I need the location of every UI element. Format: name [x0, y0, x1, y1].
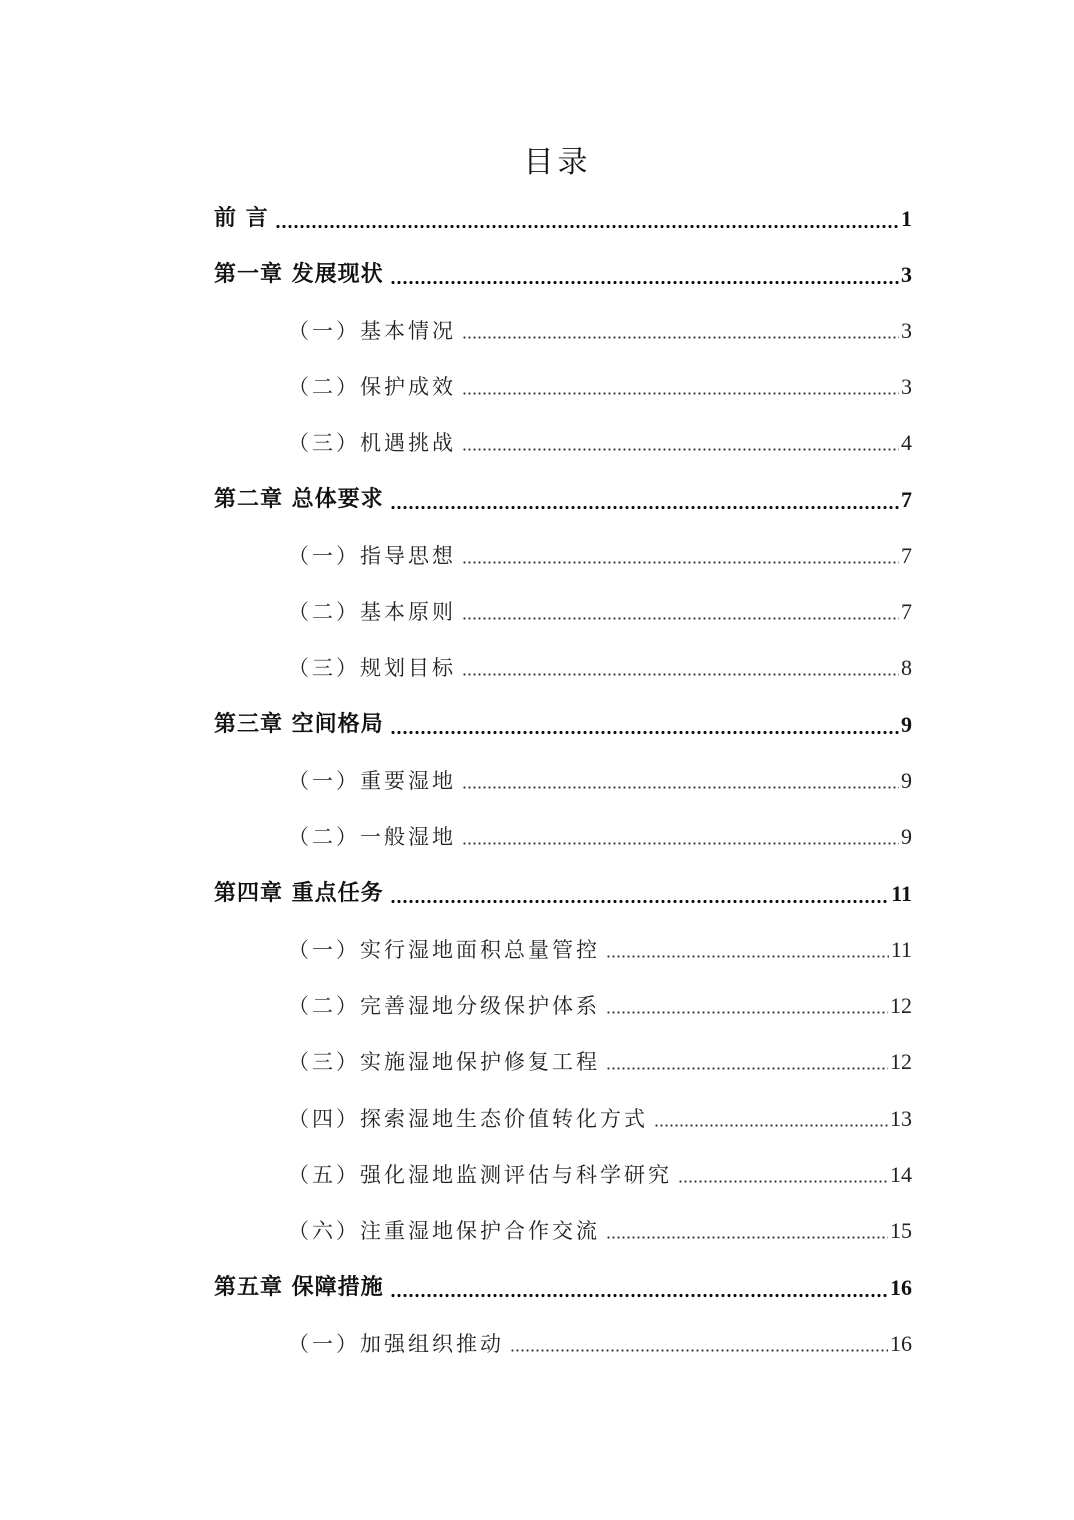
toc-entry-section-1-3[interactable]: （三）机遇挑战 4: [288, 420, 912, 458]
toc-entry-page: 16: [890, 1273, 912, 1303]
toc-entry-section-4-1[interactable]: （一）实行湿地面积总量管控 11: [288, 927, 912, 965]
dot-leader: [510, 1329, 888, 1359]
dot-leader: [462, 541, 899, 571]
toc-entry-page: 9: [901, 822, 912, 852]
dot-leader: [462, 766, 899, 796]
dot-leader: [462, 316, 899, 346]
toc-entry-page: 3: [901, 316, 912, 346]
toc-entry-section-4-2[interactable]: （二）完善湿地分级保护体系 12: [288, 983, 912, 1021]
toc-title: 目录: [0, 137, 1074, 181]
toc-entry-page: 7: [901, 485, 912, 515]
dot-leader: [390, 485, 899, 515]
toc-entry-page: 14: [890, 1160, 912, 1190]
toc-entry-label: 第三章 空间格局: [214, 710, 384, 740]
toc-entry-label: （一）实行湿地面积总量管控: [288, 935, 600, 965]
dot-leader: [462, 822, 899, 852]
toc-entry-label: 第二章 总体要求: [214, 485, 384, 515]
toc-entry-chapter-1[interactable]: 第一章 发展现状 3: [214, 252, 912, 290]
toc-entry-label: （二）基本原则: [288, 597, 456, 627]
toc-entry-section-4-6[interactable]: （六）注重湿地保护合作交流 15: [288, 1208, 912, 1246]
toc-entry-section-4-4[interactable]: （四）探索湿地生态价值转化方式 13: [288, 1096, 912, 1134]
toc-entry-label: （四）探索湿地生态价值转化方式: [288, 1104, 648, 1134]
document-page: 目录 前 言 1 第一章 发展现状 3 （一）基本情况 3 （二）保护成效 3 …: [0, 0, 1074, 1520]
toc-entry-section-2-1[interactable]: （一）指导思想 7: [288, 533, 912, 571]
toc-entry-label: （六）注重湿地保护合作交流: [288, 1216, 600, 1246]
toc-entry-section-3-2[interactable]: （二）一般湿地 9: [288, 814, 912, 852]
dot-leader: [678, 1160, 888, 1190]
toc-entry-page: 11: [891, 935, 912, 965]
toc-entry-chapter-2[interactable]: 第二章 总体要求 7: [214, 477, 912, 515]
toc-entry-page: 3: [901, 372, 912, 402]
toc-entry-page: 3: [901, 260, 912, 290]
toc-entry-label: （二）完善湿地分级保护体系: [288, 991, 600, 1021]
toc-entry-label: （二）一般湿地: [288, 822, 456, 852]
toc-entry-label: 第四章 重点任务: [214, 879, 384, 909]
dot-leader: [462, 428, 899, 458]
dot-leader: [390, 879, 890, 909]
toc-entry-page: 9: [901, 766, 912, 796]
toc-entry-label: （三）机遇挑战: [288, 428, 456, 458]
toc-entry-page: 7: [901, 541, 912, 571]
toc-entry-section-4-5[interactable]: （五）强化湿地监测评估与科学研究 14: [288, 1152, 912, 1190]
toc-entry-section-2-2[interactable]: （二）基本原则 7: [288, 589, 912, 627]
toc-entry-section-4-3[interactable]: （三）实施湿地保护修复工程 12: [288, 1039, 912, 1077]
toc-entry-section-5-1[interactable]: （一）加强组织推动 16: [288, 1321, 912, 1359]
toc-entry-page: 12: [890, 991, 912, 1021]
toc-entry-section-1-1[interactable]: （一）基本情况 3: [288, 308, 912, 346]
dot-leader: [390, 260, 899, 290]
dot-leader: [606, 1216, 888, 1246]
toc-entry-page: 1: [901, 204, 912, 234]
toc-entry-page: 16: [890, 1329, 912, 1359]
toc-entry-page: 13: [890, 1104, 912, 1134]
toc-entry-section-2-3[interactable]: （三）规划目标 8: [288, 645, 912, 683]
dot-leader: [462, 597, 899, 627]
dot-leader: [390, 710, 899, 740]
dot-leader: [462, 653, 899, 683]
toc-entry-chapter-3[interactable]: 第三章 空间格局 9: [214, 702, 912, 740]
toc-entry-label: 前 言: [214, 204, 269, 234]
toc-entry-label: （一）加强组织推动: [288, 1329, 504, 1359]
dot-leader: [462, 372, 899, 402]
toc-entry-label: （三）规划目标: [288, 653, 456, 683]
toc-entry-label: （五）强化湿地监测评估与科学研究: [288, 1160, 672, 1190]
toc-entry-chapter-4[interactable]: 第四章 重点任务 11: [214, 871, 912, 909]
toc-entry-label: （三）实施湿地保护修复工程: [288, 1047, 600, 1077]
toc-entry-page: 7: [901, 597, 912, 627]
dot-leader: [390, 1273, 888, 1303]
toc-entry-page: 11: [891, 879, 912, 909]
toc-entry-page: 15: [890, 1216, 912, 1246]
toc-entry-chapter-5[interactable]: 第五章 保障措施 16: [214, 1265, 912, 1303]
dot-leader: [654, 1104, 888, 1134]
toc-entry-page: 8: [901, 653, 912, 683]
toc-entry-label: （一）指导思想: [288, 541, 456, 571]
dot-leader: [606, 991, 888, 1021]
toc-entry-page: 12: [890, 1047, 912, 1077]
toc-entry-preface[interactable]: 前 言 1: [214, 196, 912, 234]
toc-entry-section-1-2[interactable]: （二）保护成效 3: [288, 364, 912, 402]
dot-leader: [275, 204, 899, 234]
toc-entry-label: （一）重要湿地: [288, 766, 456, 796]
toc-entry-label: 第一章 发展现状: [214, 260, 384, 290]
toc-entry-section-3-1[interactable]: （一）重要湿地 9: [288, 758, 912, 796]
toc-entry-page: 4: [901, 428, 912, 458]
toc-entry-label: （二）保护成效: [288, 372, 456, 402]
dot-leader: [606, 935, 889, 965]
toc-entry-page: 9: [901, 710, 912, 740]
toc-entry-label: （一）基本情况: [288, 316, 456, 346]
dot-leader: [606, 1047, 888, 1077]
toc-entry-label: 第五章 保障措施: [214, 1273, 384, 1303]
